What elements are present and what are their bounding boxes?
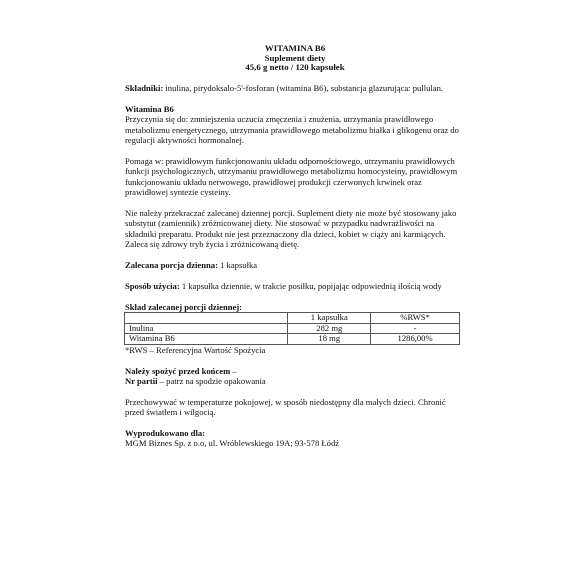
rws-footnote: *RWS – Referencyjna Wartość Spożycia — [125, 345, 465, 355]
product-label-document: WITAMINA B6 Suplement diety 45,6 g netto… — [125, 44, 465, 449]
table-cell: Witamina B6 — [125, 334, 288, 345]
best-before: Należy spożyć przed końcem – — [125, 366, 465, 376]
header: WITAMINA B6 Suplement diety 45,6 g netto… — [125, 44, 465, 73]
composition-heading: Skład zalecanej porcji dziennej: — [125, 302, 465, 312]
table-cell: 18 mg — [288, 334, 371, 345]
table-cell: 1286,00% — [371, 334, 460, 345]
daily-portion: Zalecana porcja dzienna: 1 kapsułka — [125, 260, 465, 270]
table-cell: %RWS* — [371, 313, 460, 324]
usage: Sposób użycia: 1 kapsułka dziennie, w tr… — [125, 281, 465, 291]
manufacturer-label: Wyprodukowano dla: — [125, 428, 465, 438]
table-cell: 1 kapsułka — [288, 313, 371, 324]
net-weight: 45,6 g netto / 120 kapsułek — [125, 63, 465, 73]
storage: Przechowywać w temperaturze pokojowej, w… — [125, 397, 465, 418]
batch-number: Nr partii – patrz na spodzie opakowania — [125, 376, 465, 386]
table-cell — [125, 313, 288, 324]
table-cell: 282 mg — [288, 323, 371, 334]
ingredients-text: inulina, pirydoksalo-5'-fosforan (witami… — [163, 83, 443, 93]
table-cell: - — [371, 323, 460, 334]
table-row: Inulina282 mg- — [125, 323, 460, 334]
table-cell: Inulina — [125, 323, 288, 334]
vitamin-heading: Witamina B6 — [125, 104, 465, 114]
composition-table: 1 kapsułka%RWS*Inulina282 mg-Witamina B6… — [124, 312, 460, 345]
manufacturer-address: MGM Biznes Sp. z o.o, ul. Wróblewskiego … — [125, 438, 465, 448]
ingredients-label: Składniki: — [125, 83, 163, 93]
vitamin-claims: Przyczynia się do: zmniejszenia uczucia … — [125, 114, 465, 145]
ingredients: Składniki: inulina, pirydoksalo-5'-fosfo… — [125, 83, 465, 93]
warnings: Nie należy przekraczać zalecanej dzienne… — [125, 208, 465, 250]
table-row: Witamina B618 mg1286,00% — [125, 334, 460, 345]
vitamin-helps: Pomaga w: prawidłowym funkcjonowaniu ukł… — [125, 156, 465, 198]
table-header-row: 1 kapsułka%RWS* — [125, 313, 460, 324]
